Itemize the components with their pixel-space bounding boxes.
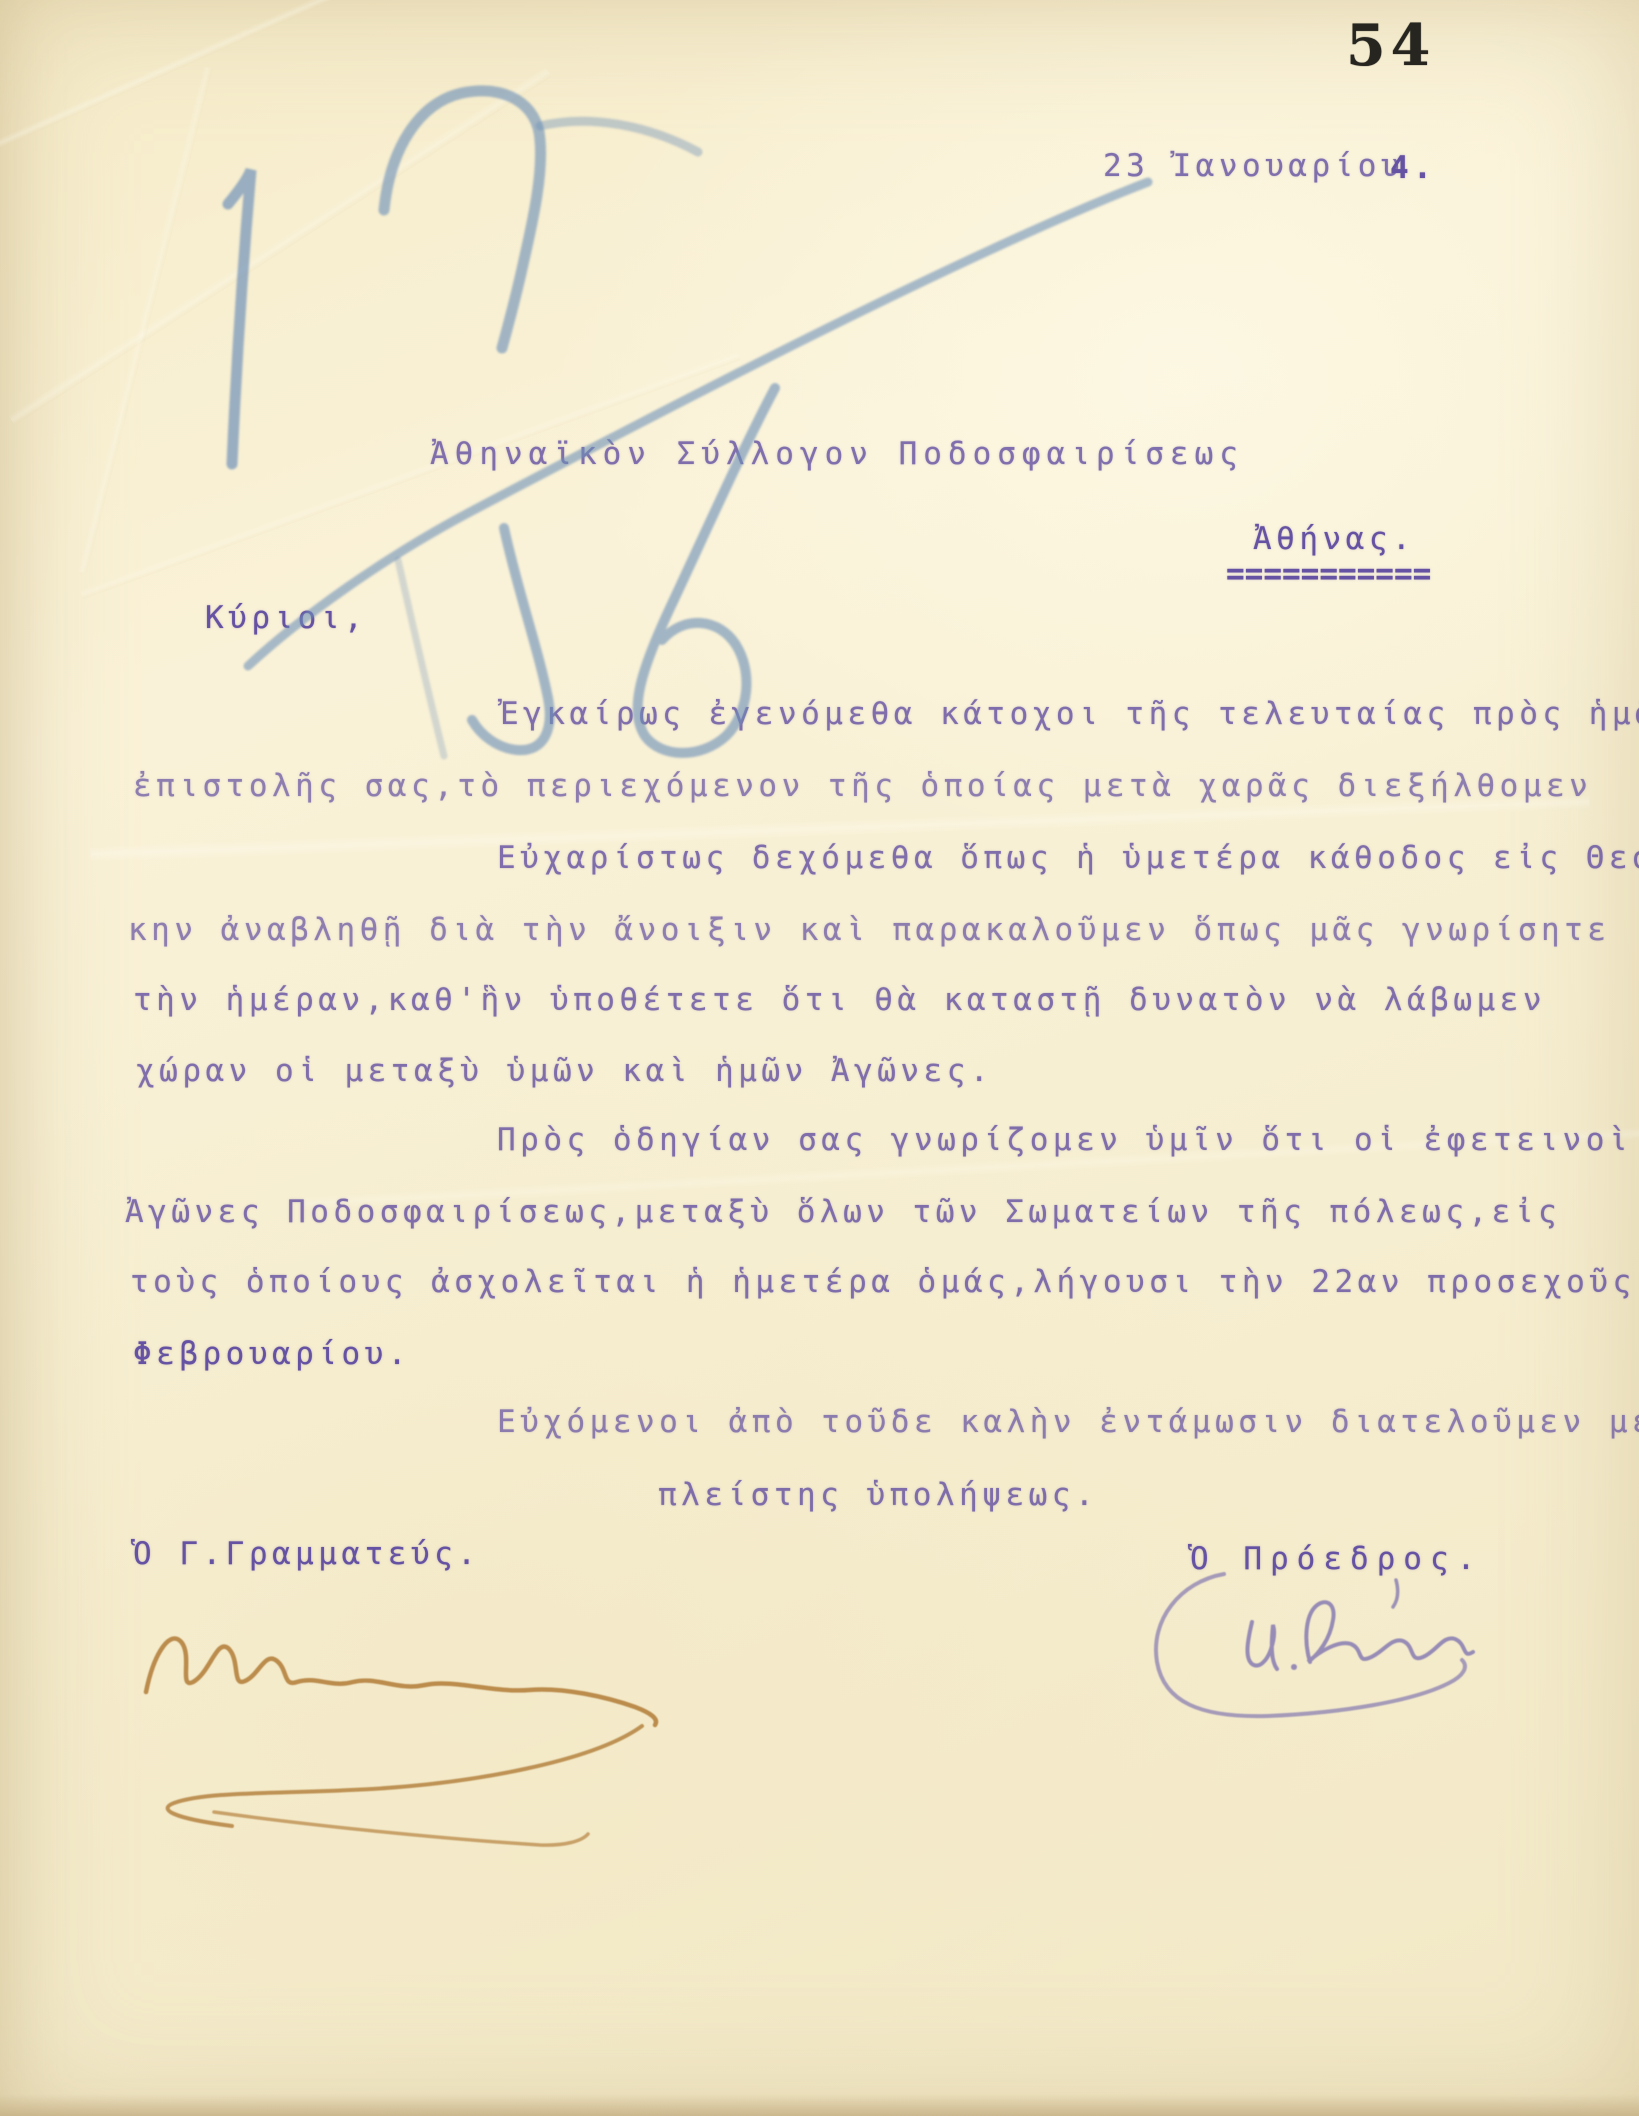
recipient-city-underline: ===========	[1226, 556, 1431, 592]
president-title: Ὁ Πρόεδρος.	[1190, 1541, 1483, 1577]
pencil-stroke-diagonal	[248, 182, 1148, 666]
body-line: χώραν οἱ μεταξὺ ὑμῶν καὶ ἡμῶν Ἀγῶνες.	[136, 1053, 993, 1089]
page-bottom-edge-shadow	[0, 2094, 1639, 2116]
body-line: Ἐγκαίρως ἐγενόμεθα κάτοχοι τῆς τελευταία…	[500, 696, 1639, 732]
body-line: πλείστης ὑπολήψεως.	[658, 1477, 1098, 1513]
blue-pencil-number-top	[228, 91, 698, 464]
signature-flourish	[214, 1812, 588, 1845]
signature-stroke	[1247, 1622, 1277, 1669]
pencil-stroke	[540, 121, 698, 152]
signature-dot	[1291, 1664, 1297, 1670]
signature-stroke	[1393, 1580, 1398, 1607]
body-line: Εὐχόμενοι ἀπὸ τοῦδε καλὴν ἐντάμωσιν διατ…	[497, 1404, 1639, 1440]
letter-scan-page: 54 23 Ἰανουαρίου 4. Ἀθηναϊκὸν Σύλλογον Π…	[0, 0, 1639, 2116]
signature-oval	[1156, 1574, 1465, 1716]
body-line: Πρὸς ὁδηγίαν σας γνωρίζομεν ὑμῖν ὅτι οἱ …	[497, 1122, 1632, 1158]
salutation: Κύριοι,	[205, 600, 367, 636]
body-line: κην ἀναβληθῇ διὰ τὴν ἄνοιξιν καὶ παρακαλ…	[128, 912, 1610, 948]
signature-flourish	[168, 1726, 642, 1826]
signature-scrawl	[1306, 1602, 1473, 1662]
president-signature	[1156, 1574, 1473, 1716]
pencil-digit-7	[384, 91, 541, 348]
body-line: ἐπιστολῆς σας,τὸ περιεχόμενον τῆς ὁποίας…	[133, 768, 1592, 804]
archive-page-number: 54	[1346, 12, 1435, 79]
paper-crease	[79, 351, 740, 600]
paper-crease	[8, 67, 551, 426]
recipient-name: Ἀθηναϊκὸν Σύλλογον Ποδοσφαιρίσεως	[430, 436, 1244, 472]
date-day-month: 23 Ἰανουαρίου	[1103, 148, 1404, 184]
date-year-digit: 4.	[1390, 150, 1436, 186]
secretary-title: Ὁ Γ.Γραμματεύς.	[133, 1536, 480, 1572]
signature-stroke	[146, 1638, 656, 1725]
secretary-signature	[146, 1638, 656, 1845]
body-line: τὴν ἡμέραν,καθ'ἣν ὑποθέτετε ὅτι θὰ κατασ…	[133, 982, 1546, 1018]
pencil-digit-1	[228, 170, 251, 464]
body-line: τοὺς ὁποίους ἀσχολεῖται ἡ ἡμετέρα ὁμάς,λ…	[130, 1264, 1636, 1300]
recipient-city: Ἀθήνας.	[1253, 521, 1415, 557]
pencil-stroke-faint	[398, 560, 444, 756]
body-line: Ἀγῶνες Ποδοσφαιρίσεως,μεταξὺ ὅλων τῶν Σω…	[125, 1194, 1561, 1230]
paper-crease	[0, 0, 478, 163]
paper-crease	[77, 67, 213, 574]
body-line: Φεβρουαρίου.	[133, 1336, 411, 1372]
body-line: Εὐχαρίστως δεχόμεθα ὅπως ἡ ὑμετέρα κάθοδ…	[497, 840, 1639, 876]
